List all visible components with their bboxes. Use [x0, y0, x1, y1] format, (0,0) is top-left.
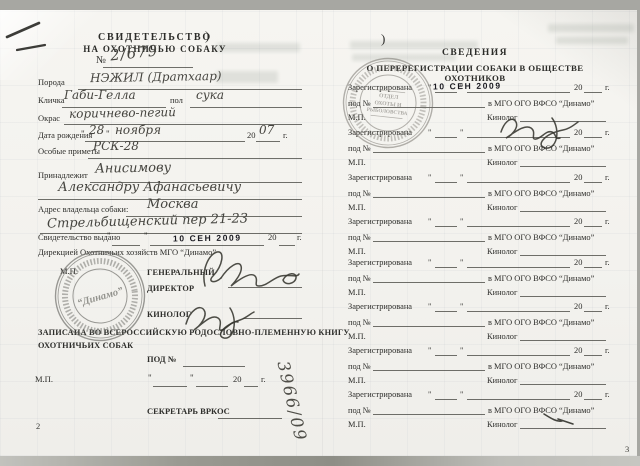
blank-line [584, 182, 602, 183]
blank-line [88, 158, 302, 159]
quote-mark: " [460, 173, 463, 182]
blank-line [467, 182, 570, 183]
blank-line [467, 267, 570, 268]
dog-name-value-handwritten: Габи-Гелла [64, 88, 136, 102]
blank-line [183, 366, 245, 367]
g-suffix: г. [605, 173, 610, 182]
quote-mark: " [144, 232, 148, 242]
quote-mark: " [428, 346, 431, 355]
signature-line [520, 255, 606, 256]
quote-mark: " [148, 374, 152, 384]
cynologist-label: Кинолог [487, 158, 517, 167]
vrkos-g-suffix: г. [261, 375, 266, 384]
blank-line [435, 399, 457, 400]
quote-mark: " [428, 390, 431, 399]
g-suffix: г. [605, 128, 610, 137]
scanned-certificate: СВИДЕТЕЛЬСТВО ) НА ОХОТНИЧЬЮ СОБАКУ № 2/… [0, 0, 640, 466]
blank-line [435, 92, 457, 93]
bleed-through-text [216, 71, 278, 83]
blank-line [373, 197, 485, 198]
quote-mark: " [428, 302, 431, 311]
org-label: в МГО ОГО ВФСО “Динамо” [488, 362, 594, 371]
registered-label: Зарегистрирована [348, 346, 412, 355]
blank-line [153, 386, 187, 387]
blank-line [373, 326, 485, 327]
under-no-label: под № [348, 362, 371, 371]
quote-mark: " [460, 390, 463, 399]
blank-line [435, 182, 457, 183]
right-page-number: 3 [625, 444, 629, 454]
quote-mark: " [460, 128, 463, 137]
blank-line [196, 386, 228, 387]
birth-day-handwritten: 28 [89, 123, 104, 137]
blank-line [373, 414, 485, 415]
org-label: в МГО ОГО ВФСО “Динамо” [488, 274, 594, 283]
century-printed: 20 [574, 83, 582, 92]
owner-surname-handwritten: Анисимову [95, 160, 171, 176]
blank-line [218, 418, 282, 419]
mp-label: М.П. [348, 158, 366, 167]
issued-g-suffix: г. [297, 233, 302, 242]
org-label: в МГО ОГО ВФСО “Динамо” [488, 144, 594, 153]
bleed-through-text [548, 24, 634, 32]
quote-mark: " [460, 346, 463, 355]
blank-line [435, 311, 457, 312]
blank-line [584, 311, 602, 312]
blank-line [190, 107, 302, 108]
signature-line [520, 340, 606, 341]
blank-line [373, 241, 485, 242]
blank-line [435, 267, 457, 268]
registration-block-4: Зарегистрирована " " 20 г. под № в МГО О… [348, 217, 614, 263]
bleed-through-text [556, 37, 628, 44]
blank-line [373, 370, 485, 371]
registered-label: Зарегистрирована [348, 258, 412, 267]
century-printed: 20 [574, 128, 582, 137]
g-suffix: г. [605, 346, 610, 355]
mp-label: М.П. [348, 332, 366, 341]
birth-century-printed: 20 [247, 131, 256, 140]
page-gutter-line [322, 10, 323, 456]
mp-label: М.П. [348, 203, 366, 212]
address-city-handwritten: Москва [147, 197, 199, 212]
breed-label: Порода [38, 78, 65, 87]
stray-bracket-right: ) [381, 32, 385, 46]
quote-mark: " [460, 217, 463, 226]
g-suffix: г. [605, 302, 610, 311]
cynologist-label: Кинолог [487, 247, 517, 256]
dynamo-round-stamp: “Динамо” [48, 244, 152, 348]
under-no-label: ПОД № [147, 355, 176, 364]
blank-line [435, 137, 457, 138]
org-label: в МГО ОГО ВФСО “Динамо” [488, 189, 594, 198]
address-label: Адрес владельца собаки: [38, 205, 128, 214]
secretary-label: СЕКРЕТАРЬ ВРКОС [147, 407, 230, 416]
color-value-handwritten: коричнево-пегий [69, 105, 176, 121]
vrkos-century-printed: 20 [233, 375, 242, 384]
quote-mark: " [81, 130, 85, 140]
number-label: № [96, 55, 106, 67]
left-page-number: 2 [36, 421, 40, 431]
marks-label: Особые приметы [38, 147, 100, 156]
signature-line [520, 296, 606, 297]
blank-line [584, 399, 602, 400]
sex-label: пол [170, 96, 183, 105]
blank-line [584, 226, 602, 227]
color-label: Окрас [38, 114, 60, 123]
blank-line [467, 399, 570, 400]
mp-label: М.П. [348, 288, 366, 297]
blank-line [244, 386, 258, 387]
birth-g-suffix: г. [283, 131, 288, 140]
under-no-label: под № [348, 406, 371, 415]
signature-line [520, 166, 606, 167]
cynologist-label: Кинолог [487, 332, 517, 341]
blank-line [584, 137, 602, 138]
birth-year-handwritten: 07 [259, 123, 274, 137]
cynologist-label: Кинолог [487, 420, 517, 429]
under-no-label: под № [348, 233, 371, 242]
document-spread: СВИДЕТЕЛЬСТВО ) НА ОХОТНИЧЬЮ СОБАКУ № 2/… [0, 10, 637, 456]
quote-mark: " [460, 258, 463, 267]
blank-line [584, 92, 602, 93]
cynologist-label: Кинолог [487, 376, 517, 385]
issued-century-printed: 20 [268, 233, 277, 242]
blank-line [435, 355, 457, 356]
registered-label: Зарегистрирована [348, 302, 412, 311]
cynologist-label: Кинолог [487, 288, 517, 297]
century-printed: 20 [574, 302, 582, 311]
blank-line [373, 282, 485, 283]
mp-label: М.П. [348, 247, 366, 256]
blank-line [467, 92, 570, 93]
blank-line [103, 67, 193, 68]
century-printed: 20 [574, 258, 582, 267]
owner-label: Принадлежит [38, 171, 88, 180]
mp-label: М.П. [348, 420, 366, 429]
registered-label: Зарегистрирована [348, 173, 412, 182]
marks-value-handwritten: РСК-28 [93, 139, 139, 153]
org-label: в МГО ОГО ВФСО “Динамо” [488, 233, 594, 242]
quote-mark: " [107, 232, 111, 242]
under-no-label: под № [348, 274, 371, 283]
quote-mark: " [190, 374, 194, 384]
blank-line [435, 226, 457, 227]
g-suffix: г. [605, 217, 610, 226]
under-no-label: под № [348, 189, 371, 198]
century-printed: 20 [574, 390, 582, 399]
mp-label: М.П. [348, 376, 366, 385]
signature-line [520, 384, 606, 385]
owner-name-patronymic-handwritten: Александру Афанасьевичу [58, 180, 241, 195]
signature-line [520, 211, 606, 212]
org-label: в МГО ОГО ВФСО “Динамо” [488, 318, 594, 327]
century-printed: 20 [574, 173, 582, 182]
blank-line [467, 311, 570, 312]
blank-line [467, 226, 570, 227]
stray-bracket-left: ) [205, 29, 209, 43]
pen-check-mark [540, 410, 576, 428]
blank-line [584, 267, 602, 268]
hunting-department-round-stamp: ОТДЕЛ ОХОТЫ И РЫБОЛОВСТВА [337, 52, 438, 153]
blank-line [256, 141, 280, 142]
registered-label: Зарегистрирована [348, 390, 412, 399]
sex-value-handwritten: сука [196, 88, 224, 102]
blank-line [467, 137, 570, 138]
registration-date-stamp: 10 СЕН 2009 [433, 81, 502, 92]
registration-block-3: Зарегистрирована " " 20 г. под № в МГО О… [348, 173, 614, 219]
quote-mark: " [428, 173, 431, 182]
registration-block-5: Зарегистрирована " " 20 г. под № в МГО О… [348, 258, 614, 304]
cynologist-label: Кинолог [487, 203, 517, 212]
g-suffix: г. [605, 258, 610, 267]
stamp-center-text: “Динамо” [76, 285, 125, 309]
quote-mark: " [428, 217, 431, 226]
registration-block-6: Зарегистрирована " " 20 г. под № в МГО О… [348, 302, 614, 348]
g-suffix: г. [605, 83, 610, 92]
quote-mark: " [460, 302, 463, 311]
registration-block-7: Зарегистрирована " " 20 г. под № в МГО О… [348, 346, 614, 392]
scanner-bottom-shadow [0, 456, 640, 466]
under-no-label: под № [348, 318, 371, 327]
birth-month-handwritten: ноября [115, 123, 161, 137]
blank-line [584, 355, 602, 356]
century-printed: 20 [574, 217, 582, 226]
mp-label-2: М.П. [35, 375, 53, 384]
dog-name-label: Кличка [38, 96, 65, 105]
breed-value-handwritten: НЭЖИЛ (Дратхаар) [90, 69, 222, 85]
g-suffix: г. [605, 390, 610, 399]
blank-line [467, 355, 570, 356]
century-printed: 20 [574, 346, 582, 355]
quote-mark: " [428, 258, 431, 267]
signature-line [520, 428, 606, 429]
registered-label: Зарегистрирована [348, 217, 412, 226]
